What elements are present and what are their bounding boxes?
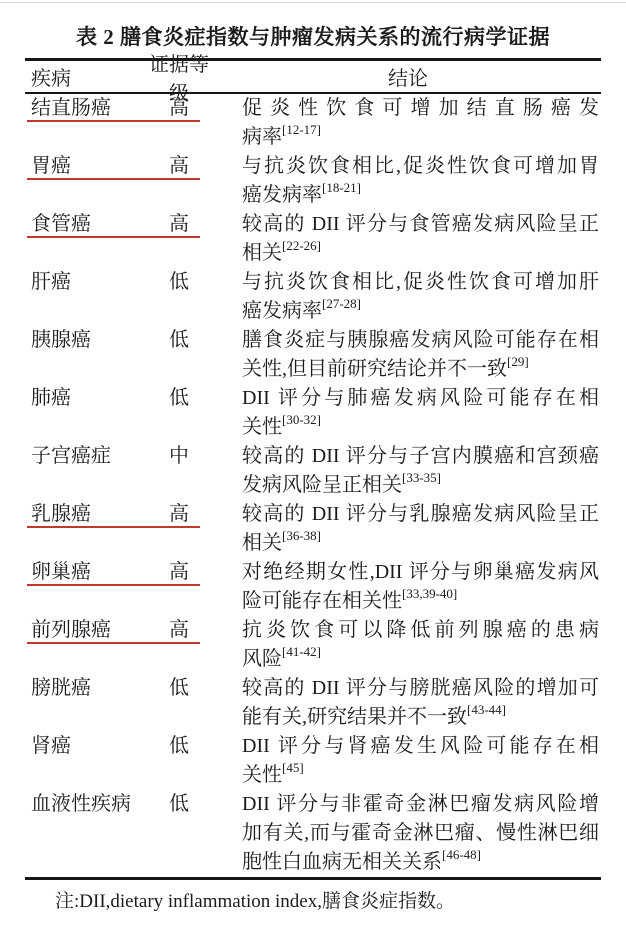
highlight-underline [27, 178, 200, 180]
scan-edge-artifact [0, 2, 626, 3]
conclusion-line: 癌发病率[27-28] [242, 297, 599, 326]
conclusion-line: 险可能存在相关性[33,39-40] [242, 587, 599, 616]
reference-superscript: [33,39-40] [402, 586, 457, 601]
conclusion-line: DII 评分与肾癌发生风险可能存在相 [242, 732, 599, 761]
conclusion-line: 抗炎饮食可以降低前列腺癌的患病 [242, 616, 599, 645]
highlight-underline [27, 642, 200, 644]
conclusion-cell: 较高的 DII 评分与膀胱癌风险的增加可能有关,研究结果并不一致[43-44] [215, 674, 601, 732]
conclusion-cell: 对绝经期女性,DII 评分与卵巢癌发病风险可能存在相关性[33,39-40] [215, 558, 601, 616]
conclusion-cell: DII 评分与肾癌发生风险可能存在相关性[45] [215, 732, 601, 790]
highlight-underline [27, 584, 200, 586]
table-title: 表 2 膳食炎症指数与肿瘤发病关系的流行病学证据 [0, 0, 626, 58]
table-row: 肝癌低与抗炎饮食相比,促炎性饮食可增加肝癌发病率[27-28] [25, 268, 601, 326]
table-row: 子宫癌症中较高的 DII 评分与子宫内膜癌和宫颈癌发病风险呈正相关[33-35] [25, 442, 601, 500]
disease-cell: 乳腺癌 [25, 500, 143, 558]
evidence-level-cell: 低 [143, 674, 215, 732]
conclusion-text: 相关 [242, 532, 282, 554]
conclusion-cell: 抗炎饮食可以降低前列腺癌的患病风险[41-42] [215, 616, 601, 674]
disease-cell: 肝癌 [25, 268, 143, 326]
reference-superscript: [18-21] [322, 180, 361, 195]
table-footnote: 注:DII,dietary inflammation index,膳食炎症指数。 [25, 889, 601, 915]
table-row: 肺癌低DII 评分与肺癌发病风险可能存在相关性[30-32] [25, 384, 601, 442]
conclusion-line: 加有关,而与霍奇金淋巴瘤、慢性淋巴细 [242, 819, 599, 848]
conclusion-line: 较高的 DII 评分与食管癌发病风险呈正 [242, 210, 599, 239]
conclusion-line: 对绝经期女性,DII 评分与卵巢癌发病风 [242, 558, 599, 587]
evidence-level-cell: 高 [143, 616, 215, 674]
conclusion-line: 较高的 DII 评分与膀胱癌风险的增加可 [242, 674, 599, 703]
conclusion-cell: 与抗炎饮食相比,促炎性饮食可增加肝癌发病率[27-28] [215, 268, 601, 326]
evidence-level-cell: 高 [143, 152, 215, 210]
document-page: 表 2 膳食炎症指数与肿瘤发病关系的流行病学证据 疾病 证据等级 结论 结直肠癌… [0, 0, 626, 932]
reference-superscript: [22-26] [282, 238, 321, 253]
disease-cell: 肾癌 [25, 732, 143, 790]
highlight-underline [27, 526, 200, 528]
conclusion-text: 发病风险呈正相关 [242, 474, 402, 496]
reference-superscript: [12-17] [282, 122, 321, 137]
reference-superscript: [30-32] [282, 412, 321, 427]
conclusion-text: 能有关,研究结果并不一致 [242, 706, 467, 728]
reference-superscript: [33-35] [402, 470, 441, 485]
conclusion-line: 与抗炎饮食相比,促炎性饮食可增加胃 [242, 152, 599, 181]
conclusion-cell: DII 评分与非霍奇金淋巴瘤发病风险增加有关,而与霍奇金淋巴瘤、慢性淋巴细胞性白… [215, 790, 601, 877]
evidence-level-cell: 低 [143, 732, 215, 790]
conclusion-text: 癌发病率 [242, 300, 322, 322]
table-row: 结直肠癌高促炎性饮食可增加结直肠癌发病率[12-17] [25, 94, 601, 152]
disease-cell: 卵巢癌 [25, 558, 143, 616]
disease-cell: 膀胱癌 [25, 674, 143, 732]
highlight-underline [27, 120, 200, 122]
table-row: 前列腺癌高抗炎饮食可以降低前列腺癌的患病风险[41-42] [25, 616, 601, 674]
evidence-level-cell: 低 [143, 384, 215, 442]
reference-superscript: [41-42] [282, 644, 321, 659]
disease-cell: 血液性疾病 [25, 790, 143, 877]
evidence-level-cell: 高 [143, 500, 215, 558]
conclusion-cell: 较高的 DII 评分与乳腺癌发病风险呈正相关[36-38] [215, 500, 601, 558]
header-disease: 疾病 [25, 62, 143, 91]
disease-cell: 胰腺癌 [25, 326, 143, 384]
conclusion-line: 关性,但目前研究结论并不一致[29] [242, 355, 599, 384]
reference-superscript: [29] [507, 354, 529, 369]
conclusion-text: 关性 [242, 764, 282, 786]
conclusion-line: 促炎性饮食可增加结直肠癌发 [242, 94, 599, 123]
evidence-level-cell: 低 [143, 326, 215, 384]
table-row: 胰腺癌低膳食炎症与胰腺癌发病风险可能存在相关性,但目前研究结论并不一致[29] [25, 326, 601, 384]
conclusion-cell: 与抗炎饮食相比,促炎性饮食可增加胃癌发病率[18-21] [215, 152, 601, 210]
evidence-table: 疾病 证据等级 结论 结直肠癌高促炎性饮食可增加结直肠癌发病率[12-17]胃癌… [25, 58, 601, 880]
highlight-underline [27, 236, 200, 238]
conclusion-line: 较高的 DII 评分与子宫内膜癌和宫颈癌 [242, 442, 599, 471]
reference-superscript: [36-38] [282, 528, 321, 543]
table-body: 结直肠癌高促炎性饮食可增加结直肠癌发病率[12-17]胃癌高与抗炎饮食相比,促炎… [25, 94, 601, 877]
conclusion-line: DII 评分与非霍奇金淋巴瘤发病风险增 [242, 790, 599, 819]
reference-superscript: [45] [282, 760, 304, 775]
conclusion-line: 膳食炎症与胰腺癌发病风险可能存在相 [242, 326, 599, 355]
evidence-level-cell: 中 [143, 442, 215, 500]
conclusion-line: 关性[45] [242, 761, 599, 790]
conclusion-line: 关性[30-32] [242, 413, 599, 442]
conclusion-text: 关性,但目前研究结论并不一致 [242, 358, 507, 380]
evidence-level-cell: 高 [143, 94, 215, 152]
reference-superscript: [46-48] [442, 847, 481, 862]
disease-cell: 食管癌 [25, 210, 143, 268]
conclusion-text: 胞性白血病无相关关系 [242, 851, 442, 873]
conclusion-line: 能有关,研究结果并不一致[43-44] [242, 703, 599, 732]
table-row: 卵巢癌高对绝经期女性,DII 评分与卵巢癌发病风险可能存在相关性[33,39-4… [25, 558, 601, 616]
header-conclusion: 结论 [215, 62, 601, 91]
table-row: 胃癌高与抗炎饮食相比,促炎性饮食可增加胃癌发病率[18-21] [25, 152, 601, 210]
conclusion-text: 风险 [242, 648, 282, 670]
conclusion-cell: 促炎性饮食可增加结直肠癌发病率[12-17] [215, 94, 601, 152]
disease-cell: 肺癌 [25, 384, 143, 442]
reference-superscript: [43-44] [467, 702, 506, 717]
conclusion-text: 相关 [242, 242, 282, 264]
evidence-level-cell: 高 [143, 558, 215, 616]
evidence-level-cell: 高 [143, 210, 215, 268]
table-row: 乳腺癌高较高的 DII 评分与乳腺癌发病风险呈正相关[36-38] [25, 500, 601, 558]
table-header-row: 疾病 证据等级 结论 [25, 61, 601, 94]
conclusion-line: 癌发病率[18-21] [242, 181, 599, 210]
conclusion-line: 风险[41-42] [242, 645, 599, 674]
table-row: 血液性疾病低DII 评分与非霍奇金淋巴瘤发病风险增加有关,而与霍奇金淋巴瘤、慢性… [25, 790, 601, 877]
conclusion-text: 险可能存在相关性 [242, 590, 402, 612]
disease-cell: 前列腺癌 [25, 616, 143, 674]
reference-superscript: [27-28] [322, 296, 361, 311]
conclusion-cell: DII 评分与肺癌发病风险可能存在相关性[30-32] [215, 384, 601, 442]
conclusion-line: 相关[22-26] [242, 239, 599, 268]
conclusion-cell: 膳食炎症与胰腺癌发病风险可能存在相关性,但目前研究结论并不一致[29] [215, 326, 601, 384]
evidence-level-cell: 低 [143, 790, 215, 877]
disease-cell: 胃癌 [25, 152, 143, 210]
conclusion-line: 与抗炎饮食相比,促炎性饮食可增加肝 [242, 268, 599, 297]
table-row: 膀胱癌低较高的 DII 评分与膀胱癌风险的增加可能有关,研究结果并不一致[43-… [25, 674, 601, 732]
table-row: 食管癌高较高的 DII 评分与食管癌发病风险呈正相关[22-26] [25, 210, 601, 268]
conclusion-line: 相关[36-38] [242, 529, 599, 558]
conclusion-cell: 较高的 DII 评分与子宫内膜癌和宫颈癌发病风险呈正相关[33-35] [215, 442, 601, 500]
conclusion-line: 胞性白血病无相关关系[46-48] [242, 848, 599, 877]
conclusion-text: 关性 [242, 416, 282, 438]
conclusion-line: 病率[12-17] [242, 123, 599, 152]
conclusion-line: 发病风险呈正相关[33-35] [242, 471, 599, 500]
disease-cell: 结直肠癌 [25, 94, 143, 152]
disease-cell: 子宫癌症 [25, 442, 143, 500]
table-row: 肾癌低DII 评分与肾癌发生风险可能存在相关性[45] [25, 732, 601, 790]
conclusion-text: 病率 [242, 126, 282, 148]
conclusion-cell: 较高的 DII 评分与食管癌发病风险呈正相关[22-26] [215, 210, 601, 268]
conclusion-line: 较高的 DII 评分与乳腺癌发病风险呈正 [242, 500, 599, 529]
conclusion-line: DII 评分与肺癌发病风险可能存在相 [242, 384, 599, 413]
conclusion-text: 癌发病率 [242, 184, 322, 206]
evidence-level-cell: 低 [143, 268, 215, 326]
